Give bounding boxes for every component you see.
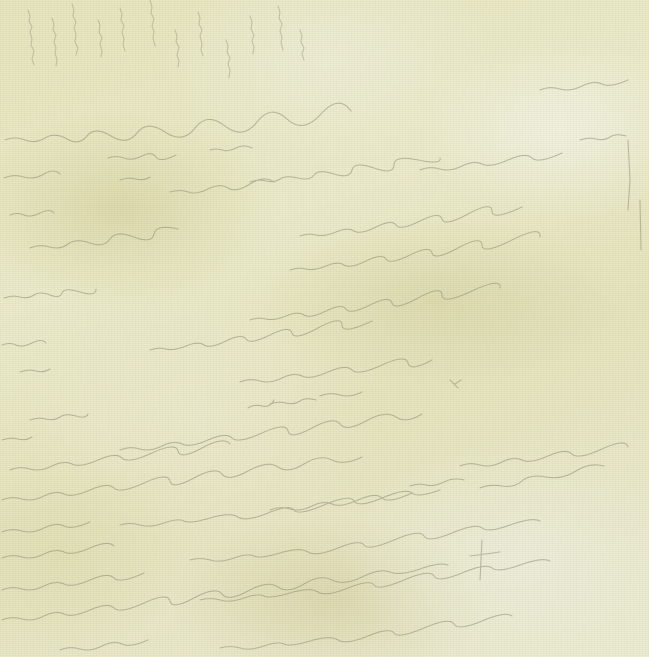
parchment-background [0, 0, 649, 657]
faded-handwriting [0, 0, 649, 657]
